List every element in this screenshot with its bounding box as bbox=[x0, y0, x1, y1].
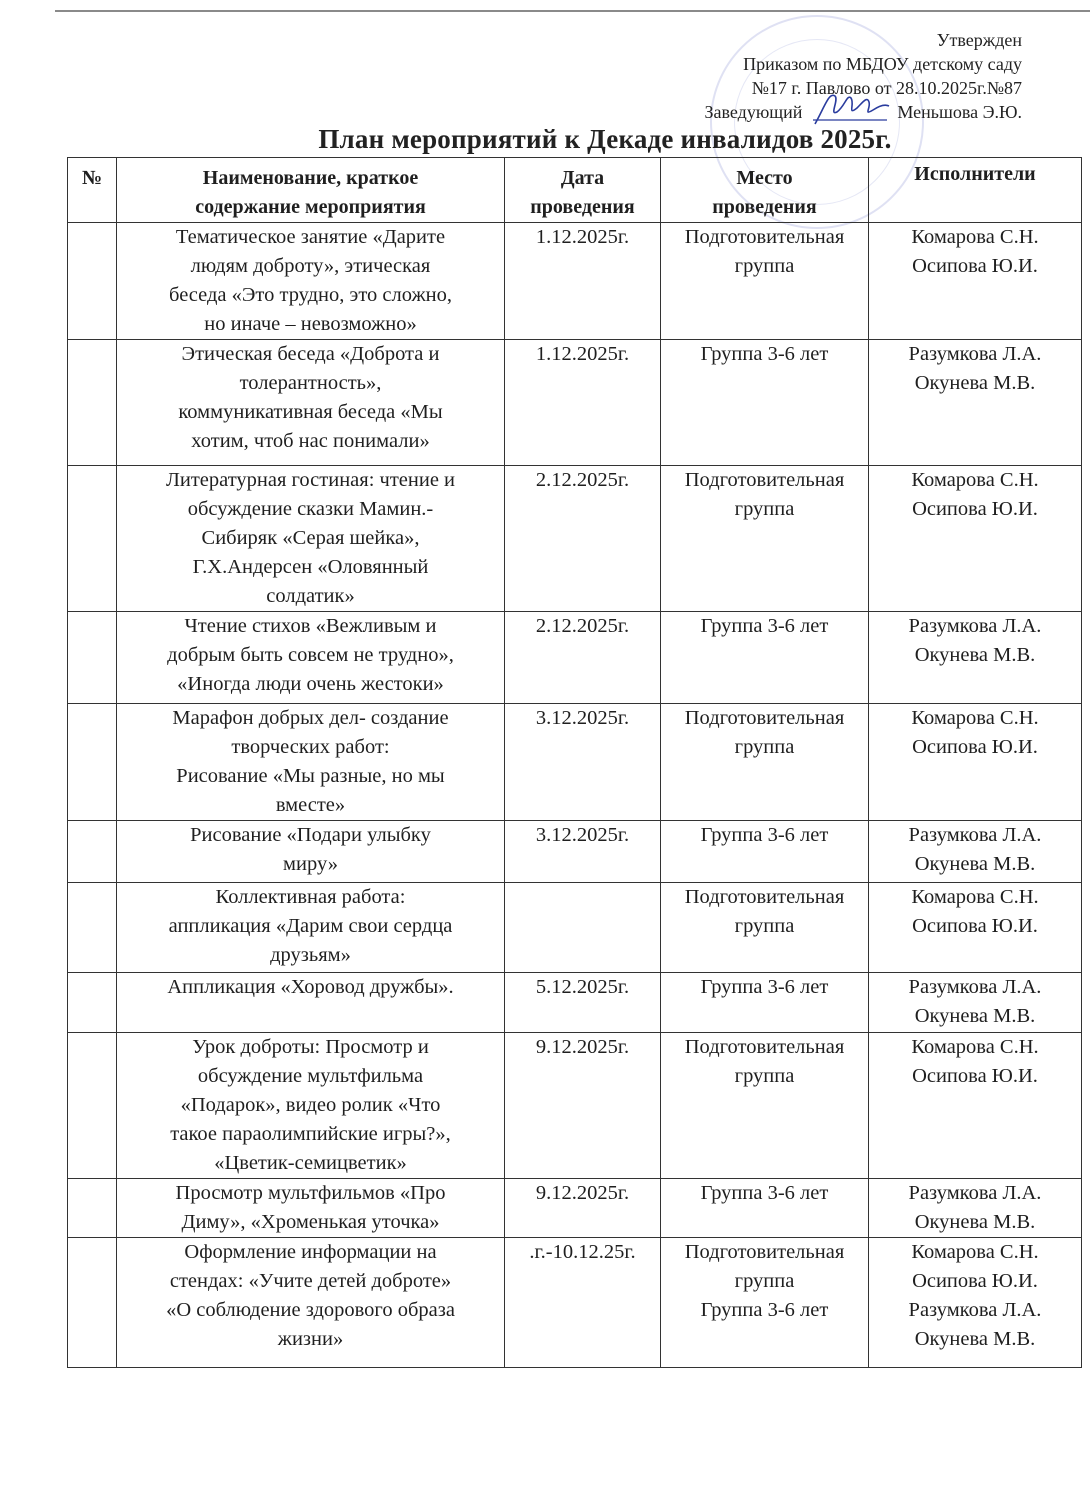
cell-performers: Комарова С.Н.Осипова Ю.И.Разумкова Л.А.О… bbox=[869, 1238, 1082, 1368]
cell-performers: Разумкова Л.А.Окунева М.В. bbox=[869, 973, 1082, 1033]
events-table: № Наименование, краткое содержание мероп… bbox=[67, 157, 1082, 1368]
cell-performers: Разумкова Л.А.Окунева М.В. bbox=[869, 612, 1082, 704]
cell-num bbox=[68, 340, 117, 466]
header-num: № bbox=[68, 158, 117, 223]
cell-num bbox=[68, 1238, 117, 1368]
cell-date: 9.12.2025г. bbox=[505, 1179, 661, 1238]
cell-place: Подготовительнаягруппа bbox=[661, 223, 869, 340]
page-title: План мероприятий к Декаде инвалидов 2025… bbox=[0, 124, 1090, 155]
cell-num bbox=[68, 223, 117, 340]
table-row: Чтение стихов «Вежливым идобрым быть сов… bbox=[68, 612, 1082, 704]
cell-date: 9.12.2025г. bbox=[505, 1033, 661, 1179]
cell-event-name: Оформление информации настендах: «Учите … bbox=[117, 1238, 505, 1368]
cell-date: 1.12.2025г. bbox=[505, 340, 661, 466]
cell-place: Подготовительнаягруппа bbox=[661, 1033, 869, 1179]
cell-event-name: Аппликация «Хоровод дружбы». bbox=[117, 973, 505, 1033]
cell-date bbox=[505, 883, 661, 973]
cell-place: Подготовительнаягруппа bbox=[661, 466, 869, 612]
signature-icon bbox=[811, 102, 889, 122]
cell-date: 1.12.2025г. bbox=[505, 223, 661, 340]
cell-num bbox=[68, 466, 117, 612]
cell-date: 3.12.2025г. bbox=[505, 704, 661, 821]
approval-line: Приказом по МБДОУ детскому саду bbox=[705, 52, 1022, 76]
cell-place: Группа 3-6 лет bbox=[661, 612, 869, 704]
table-row: Рисование «Подари улыбкумиру»3.12.2025г.… bbox=[68, 821, 1082, 883]
cell-place: Подготовительнаягруппа bbox=[661, 883, 869, 973]
cell-place: Группа 3-6 лет bbox=[661, 340, 869, 466]
cell-num bbox=[68, 1179, 117, 1238]
header-performers: Исполнители bbox=[869, 158, 1082, 223]
table-row: Этическая беседа «Доброта итолерантность… bbox=[68, 340, 1082, 466]
cell-place: ПодготовительнаягруппаГруппа 3-6 лет bbox=[661, 1238, 869, 1368]
cell-event-name: Этическая беседа «Доброта итолерантность… bbox=[117, 340, 505, 466]
cell-num bbox=[68, 1033, 117, 1179]
approval-block: Утвержден Приказом по МБДОУ детскому сад… bbox=[705, 28, 1022, 124]
cell-event-name: Литературная гостиная: чтение иобсуждени… bbox=[117, 466, 505, 612]
cell-event-name: Марафон добрых дел- созданиетворческих р… bbox=[117, 704, 505, 821]
cell-event-name: Тематическое занятие «Дарителюдям доброт… bbox=[117, 223, 505, 340]
table-row: Марафон добрых дел- созданиетворческих р… bbox=[68, 704, 1082, 821]
cell-date: 2.12.2025г. bbox=[505, 466, 661, 612]
cell-event-name: Урок доброты: Просмотр иобсуждение мульт… bbox=[117, 1033, 505, 1179]
table-row: Тематическое занятие «Дарителюдям доброт… bbox=[68, 223, 1082, 340]
head-name: Меньшова Э.Ю. bbox=[897, 102, 1022, 122]
cell-date: 2.12.2025г. bbox=[505, 612, 661, 704]
table-header-row: № Наименование, краткое содержание мероп… bbox=[68, 158, 1082, 223]
cell-date: 5.12.2025г. bbox=[505, 973, 661, 1033]
cell-place: Группа 3-6 лет bbox=[661, 973, 869, 1033]
cell-event-name: Коллективная работа:аппликация «Дарим св… bbox=[117, 883, 505, 973]
cell-place: Подготовительнаягруппа bbox=[661, 704, 869, 821]
table-row: Литературная гостиная: чтение иобсуждени… bbox=[68, 466, 1082, 612]
cell-date: 3.12.2025г. bbox=[505, 821, 661, 883]
table-body: Тематическое занятие «Дарителюдям доброт… bbox=[68, 223, 1082, 1368]
header-place: Место проведения bbox=[661, 158, 869, 223]
cell-performers: Комарова С.Н.Осипова Ю.И. bbox=[869, 704, 1082, 821]
header-date: Дата проведения bbox=[505, 158, 661, 223]
head-label: Заведующий bbox=[705, 102, 803, 122]
cell-num bbox=[68, 883, 117, 973]
cell-performers: Комарова С.Н.Осипова Ю.И. bbox=[869, 466, 1082, 612]
table-row: Урок доброты: Просмотр иобсуждение мульт… bbox=[68, 1033, 1082, 1179]
cell-performers: Разумкова Л.А.Окунева М.В. bbox=[869, 821, 1082, 883]
cell-num bbox=[68, 704, 117, 821]
table-row: Просмотр мультфильмов «ПроДиму», «Хромен… bbox=[68, 1179, 1082, 1238]
cell-num bbox=[68, 612, 117, 704]
cell-performers: Разумкова Л.А.Окунева М.В. bbox=[869, 1179, 1082, 1238]
cell-performers: Комарова С.Н.Осипова Ю.И. bbox=[869, 223, 1082, 340]
approval-line: Утвержден bbox=[705, 28, 1022, 52]
table-row: Аппликация «Хоровод дружбы».5.12.2025г.Г… bbox=[68, 973, 1082, 1033]
cell-performers: Разумкова Л.А.Окунева М.В. bbox=[869, 340, 1082, 466]
table-row: Коллективная работа:аппликация «Дарим св… bbox=[68, 883, 1082, 973]
cell-performers: Комарова С.Н.Осипова Ю.И. bbox=[869, 883, 1082, 973]
page-top-edge bbox=[55, 10, 1090, 12]
header-name: Наименование, краткое содержание меропри… bbox=[117, 158, 505, 223]
cell-event-name: Рисование «Подари улыбкумиру» bbox=[117, 821, 505, 883]
cell-date: .г.-10.12.25г. bbox=[505, 1238, 661, 1368]
cell-num bbox=[68, 821, 117, 883]
cell-num bbox=[68, 973, 117, 1033]
cell-place: Группа 3-6 лет bbox=[661, 821, 869, 883]
cell-event-name: Чтение стихов «Вежливым идобрым быть сов… bbox=[117, 612, 505, 704]
approval-signature-line: Заведующий Меньшова Э.Ю. bbox=[705, 100, 1022, 124]
cell-place: Группа 3-6 лет bbox=[661, 1179, 869, 1238]
cell-performers: Комарова С.Н.Осипова Ю.И. bbox=[869, 1033, 1082, 1179]
table-row: Оформление информации настендах: «Учите … bbox=[68, 1238, 1082, 1368]
cell-event-name: Просмотр мультфильмов «ПроДиму», «Хромен… bbox=[117, 1179, 505, 1238]
